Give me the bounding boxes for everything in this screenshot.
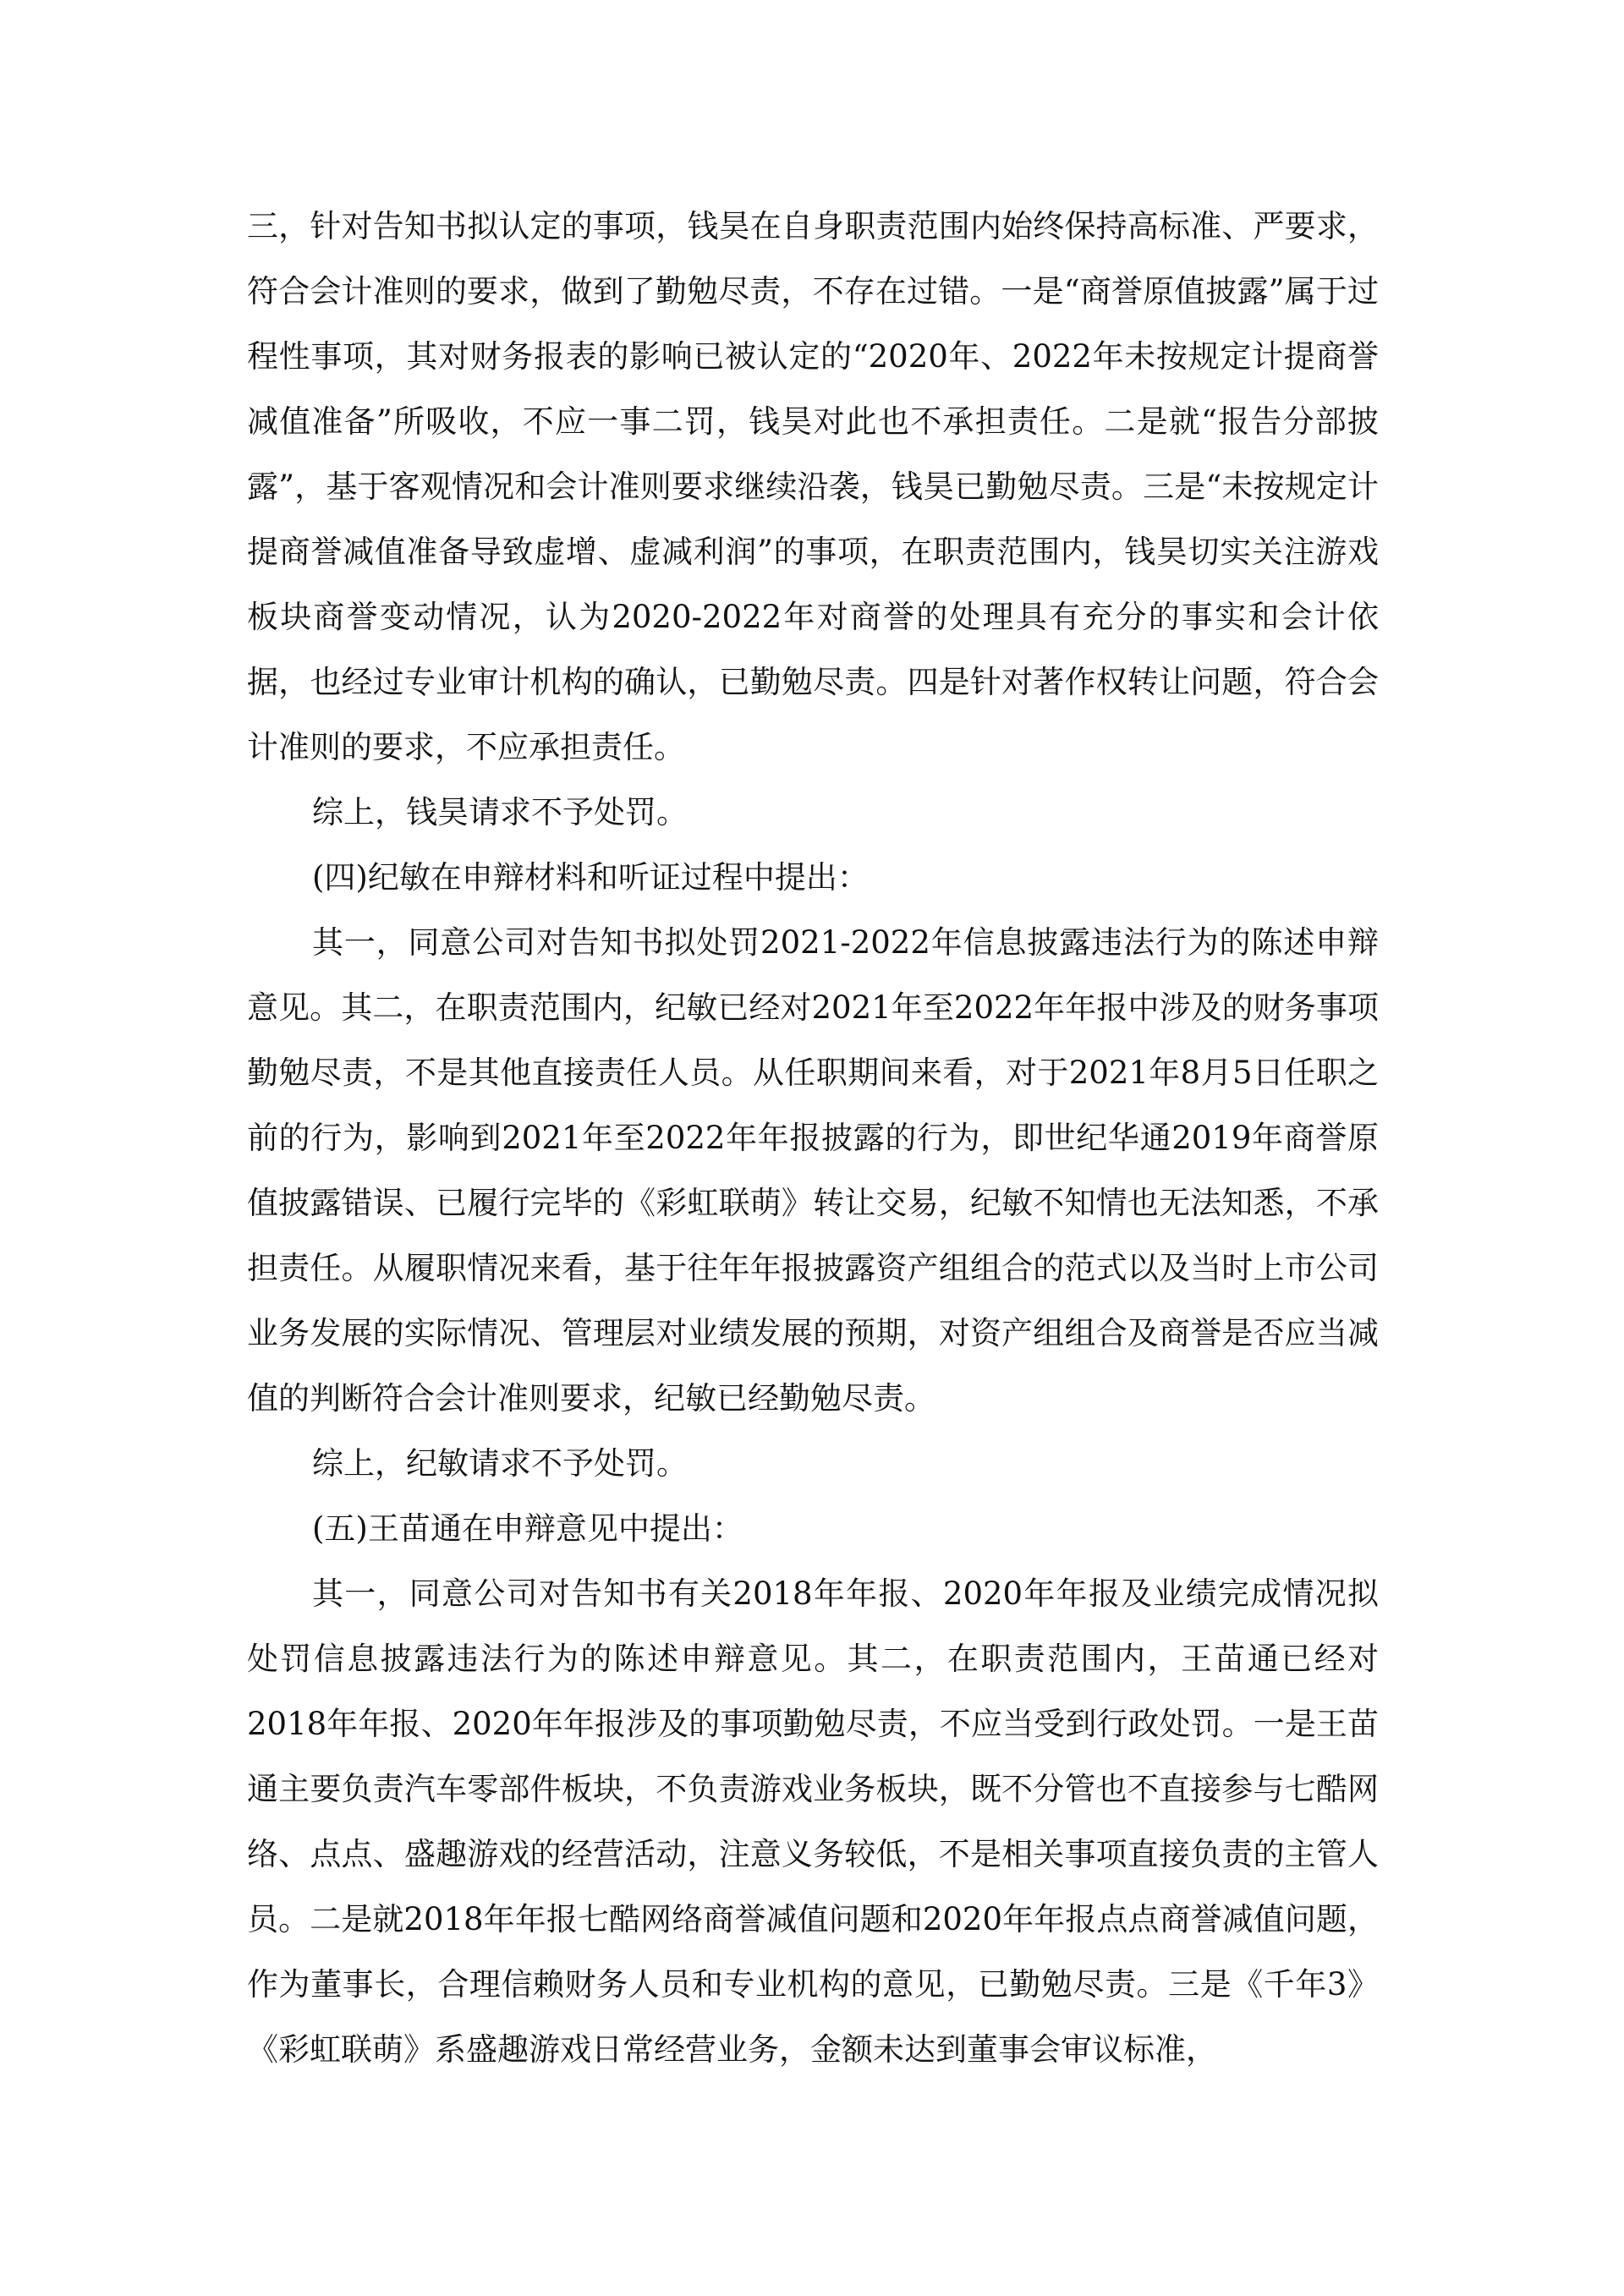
section-heading-ji-min: (四)纪敏在申辩材料和听证过程中提出： [247,845,1379,910]
paragraph-wang-miaotong-argument: 其一，同意公司对告知书有关2018年年报、2020年年报及业绩完成情况拟处罚信息… [247,1561,1379,2082]
paragraph-ji-min-argument: 其一，同意公司对告知书拟处罚2021-2022年信息披露违法行为的陈述申辩意见。… [247,910,1379,1431]
paragraph-qian-hao-point-three: 三，针对告知书拟认定的事项，钱昊在自身职责范围内始终保持高标准、严要求，符合会计… [247,194,1379,780]
document-page: 三，针对告知书拟认定的事项，钱昊在自身职责范围内始终保持高标准、严要求，符合会计… [247,194,1379,2082]
section-heading-wang-miaotong: (五)王苗通在申辩意见中提出： [247,1496,1379,1561]
paragraph-ji-min-conclusion: 综上，纪敏请求不予处罚。 [247,1431,1379,1496]
paragraph-qian-hao-conclusion: 综上，钱昊请求不予处罚。 [247,780,1379,845]
